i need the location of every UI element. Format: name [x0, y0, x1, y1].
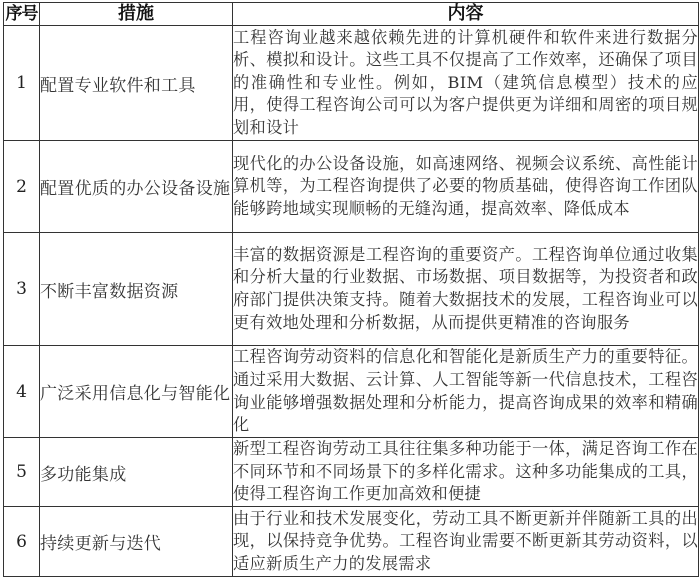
- row-number: 1: [4, 26, 40, 141]
- table-row: 6 持续更新与迭代 由于行业和技术发展变化，劳动工具不断更新并伴随新工具的出现，…: [4, 507, 699, 577]
- row-number: 6: [4, 507, 40, 577]
- row-number: 2: [4, 141, 40, 233]
- row-measure: 不断丰富数据资源: [40, 233, 233, 346]
- row-number: 3: [4, 233, 40, 346]
- row-measure: 广泛采用信息化与智能化: [40, 346, 233, 438]
- measures-table: 序号 措施 内容 1 配置专业软件和工具 工程咨询业越来越依赖先进的计算机硬件和…: [3, 2, 699, 577]
- row-content: 由于行业和技术发展变化，劳动工具不断更新并伴随新工具的出现，以保持竞争优势。工程…: [233, 507, 699, 577]
- table-header-row: 序号 措施 内容: [4, 3, 699, 26]
- table-row: 2 配置优质的办公设备设施 现代化的办公设备设施，如高速网络、视频会议系统、高性…: [4, 141, 699, 233]
- row-number: 5: [4, 438, 40, 507]
- header-measure: 措施: [40, 3, 233, 26]
- table-row: 3 不断丰富数据资源 丰富的数据资源是工程咨询的重要资产。工程咨询单位通过收集和…: [4, 233, 699, 346]
- row-content: 新型工程咨询劳动工具往往集多种功能于一体，满足咨询工作在不同环节和不同场景下的多…: [233, 438, 699, 507]
- row-content: 工程咨询劳动资料的信息化和智能化是新质生产力的重要特征。通过采用大数据、云计算、…: [233, 346, 699, 438]
- row-content: 工程咨询业越来越依赖先进的计算机硬件和软件来进行数据分析、模拟和设计。这些工具不…: [233, 26, 699, 141]
- row-measure: 配置优质的办公设备设施: [40, 141, 233, 233]
- row-measure: 持续更新与迭代: [40, 507, 233, 577]
- header-no: 序号: [4, 3, 40, 26]
- row-content: 丰富的数据资源是工程咨询的重要资产。工程咨询单位通过收集和分析大量的行业数据、市…: [233, 233, 699, 346]
- row-content: 现代化的办公设备设施，如高速网络、视频会议系统、高性能计算机等，为工程咨询提供了…: [233, 141, 699, 233]
- row-measure: 配置专业软件和工具: [40, 26, 233, 141]
- table-row: 1 配置专业软件和工具 工程咨询业越来越依赖先进的计算机硬件和软件来进行数据分析…: [4, 26, 699, 141]
- table-row: 4 广泛采用信息化与智能化 工程咨询劳动资料的信息化和智能化是新质生产力的重要特…: [4, 346, 699, 438]
- table-row: 5 多功能集成 新型工程咨询劳动工具往往集多种功能于一体，满足咨询工作在不同环节…: [4, 438, 699, 507]
- row-number: 4: [4, 346, 40, 438]
- header-content: 内容: [233, 3, 699, 26]
- row-measure: 多功能集成: [40, 438, 233, 507]
